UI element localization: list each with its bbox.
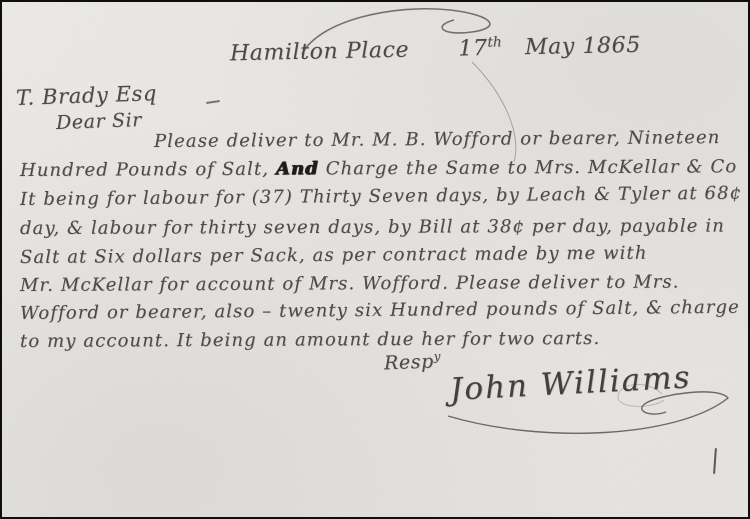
addressee: T. Brady Esq: [16, 81, 158, 110]
body-line-2-pre: Hundred Pounds of Salt,: [20, 159, 276, 181]
body-line-3: It being for labour for (37) Thirty Seve…: [20, 182, 750, 210]
closing-abbreviation: Respy: [384, 349, 441, 374]
scanned-letter-page: Hamilton Place 17th May 1865 T. Brady Es…: [0, 0, 750, 519]
body-line-7: Wofford or bearer, also – twenty six Hun…: [20, 297, 740, 324]
body-line-2: Hundred Pounds of Salt, And Charge the S…: [20, 156, 737, 181]
body-line-2-heavy-ink-word: And: [276, 158, 319, 179]
body-line-1: Please deliver to Mr. M. B. Wofford or b…: [154, 127, 721, 152]
stray-ink-tick: [713, 448, 717, 474]
dateline: Hamilton Place 17th May 1865: [230, 31, 641, 66]
body-line-5: Salt at Six dollars per Sack, as per con…: [20, 243, 648, 268]
dateline-day-suffix: th: [487, 34, 502, 50]
closing-main: Resp: [384, 351, 435, 375]
body-line-4: day, & labour for thirty seven days, by …: [20, 216, 725, 239]
body-line-6: Mr. McKellar for account of Mrs. Wofford…: [20, 272, 680, 296]
body-line-2-post: Charge the Same to Mrs. McKellar & Co: [319, 156, 737, 179]
salutation: Dear Sir: [56, 109, 143, 134]
dateline-place: Hamilton Place: [230, 38, 410, 67]
signature: John Williams: [449, 359, 692, 408]
pen-dash-mark: [206, 100, 220, 104]
dateline-day: 17: [458, 36, 488, 62]
body-line-8: to my account. It being an amount due he…: [20, 328, 600, 352]
dateline-month-year: May 1865: [525, 33, 641, 60]
closing-superscript: y: [433, 349, 440, 363]
